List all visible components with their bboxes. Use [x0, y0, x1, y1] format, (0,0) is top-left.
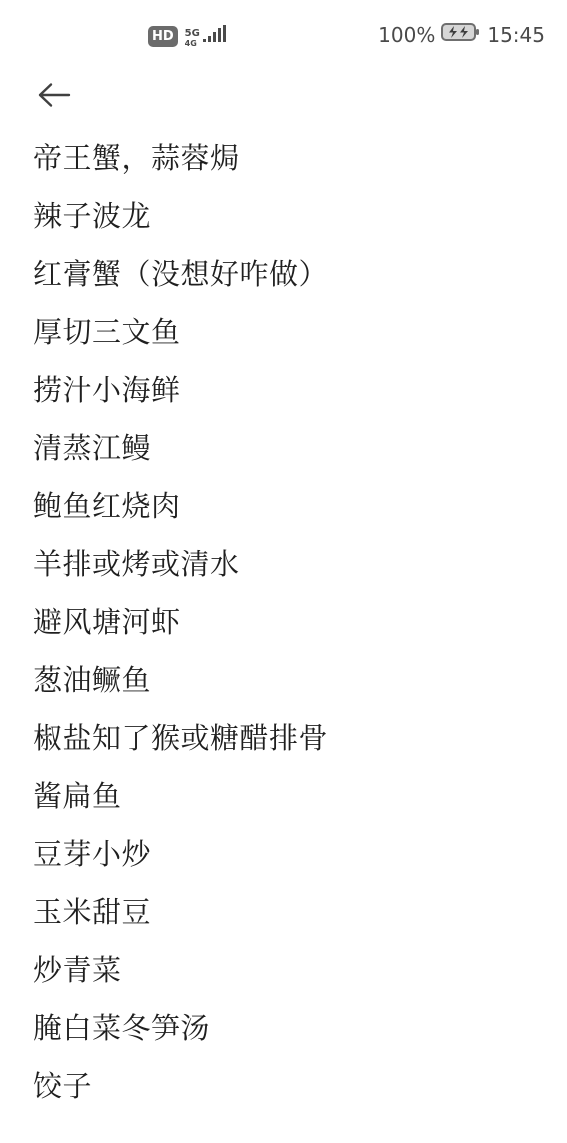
status-right-cluster: 100% 15:45 [378, 22, 545, 47]
network-type-secondary: 4G [185, 40, 197, 48]
note-line[interactable]: 厚切三文鱼 [33, 303, 547, 361]
note-line[interactable]: 羊排或烤或清水 [33, 535, 547, 593]
note-line[interactable]: 清蒸江鳗 [33, 419, 547, 477]
note-line[interactable]: 椒盐知了猴或糖醋排骨 [33, 709, 547, 767]
note-line[interactable]: 捞汁小海鲜 [33, 361, 547, 419]
note-line[interactable]: 辣子波龙 [33, 187, 547, 245]
signal-bars-icon [202, 24, 226, 48]
network-type-primary: 5G [185, 29, 200, 39]
status-bar: HD 5G 4G 100% [0, 0, 567, 56]
battery-charging-icon [441, 22, 481, 47]
note-line[interactable]: 炒青菜 [33, 941, 547, 999]
note-line[interactable]: 玉米甜豆 [33, 883, 547, 941]
note-line[interactable]: 饺子 [33, 1057, 547, 1115]
battery-percent-label: 100% [378, 25, 435, 45]
note-line[interactable]: 鲍鱼红烧肉 [33, 477, 547, 535]
network-type-labels: 5G 4G [185, 29, 200, 48]
status-left-cluster: HD 5G 4G [148, 24, 226, 48]
cellular-signal-cluster: 5G 4G [185, 24, 226, 48]
back-arrow-icon [36, 81, 72, 112]
clock-label: 15:45 [487, 25, 545, 45]
note-line[interactable]: 帝王蟹，蒜蓉焗 [33, 129, 547, 187]
hd-badge-icon: HD [148, 26, 178, 47]
note-line[interactable]: 红膏蟹（没想好咋做） [33, 245, 547, 303]
back-button[interactable] [32, 76, 76, 116]
note-line[interactable]: 酱扁鱼 [33, 767, 547, 825]
note-view-screen: HD 5G 4G 100% [0, 0, 567, 1143]
note-line[interactable]: 豆芽小炒 [33, 825, 547, 883]
note-line[interactable]: 葱油鳜鱼 [33, 651, 547, 709]
note-body[interactable]: 帝王蟹，蒜蓉焗 辣子波龙 红膏蟹（没想好咋做） 厚切三文鱼 捞汁小海鲜 清蒸江鳗… [33, 129, 547, 1115]
note-line[interactable]: 避风塘河虾 [33, 593, 547, 651]
note-line[interactable]: 腌白菜冬笋汤 [33, 999, 547, 1057]
